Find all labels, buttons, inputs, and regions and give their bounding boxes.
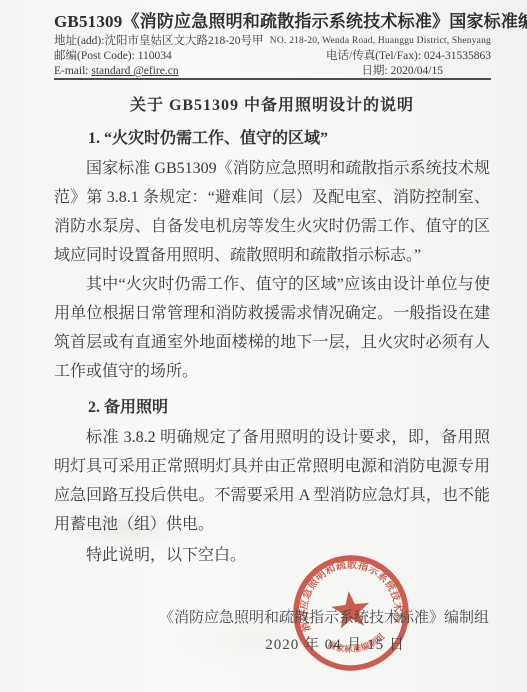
closing-line: 特此说明，以下空白。 [54,541,490,570]
postcode-line: 邮编(Post Code): 110034 [54,49,264,64]
date-line: 日期: 2020/04/15 [270,64,491,79]
section-1-heading: 1. “火灾时仍需工作、值守的区域” [88,125,490,148]
contact-right-column: NO. 218-20, Wenda Road, Huanggu District… [270,34,491,79]
letterhead-contact-block: 地址(add):沈阳市皇姑区文大路218-20号甲 邮编(Post Code):… [54,34,491,79]
document-title: 关于 GB51309 中备用照明设计的说明 [54,92,490,115]
contact-left-column: 地址(add):沈阳市皇姑区文大路218-20号甲 邮编(Post Code):… [54,34,264,79]
section-2-paragraph-1: 标准 3.8.2 明确规定了备用照明的设计要求，即，备用照明灯具可采用正常照明灯… [54,423,490,539]
email-value: standard @efire.cn [91,65,178,77]
letterhead-org-title: GB51309《消防应急照明和疏散指示系统技术标准》国家标准编制组 [54,7,499,32]
section-2-heading: 2. 备用照明 [88,394,490,417]
address-line: 地址(add):沈阳市皇姑区文大路218-20号甲 [54,34,264,49]
telfax-line: 电话/传真(Tel/Fax): 024-31535863 [270,49,491,64]
date-value: 2020/04/15 [391,65,443,77]
header-divider [54,78,491,80]
signature-date-line: 2020 年 04 月 15 日 [0,633,405,654]
signature-org-line: 《消防应急照明和疏散指示系统技术标准》编制组 [0,606,489,627]
email-line: E-mail: standard @efire.cn [54,64,264,79]
email-label: E-mail: [54,65,91,77]
letter-body: 关于 GB51309 中备用照明设计的说明 1. “火灾时仍需工作、值守的区域”… [54,84,490,570]
section-1-paragraph-1: 国家标准 GB51309《消防应急照明和疏散指示系统技术规范》第 3.8.1 条… [54,154,490,270]
date-label: 日期: [362,65,391,77]
address-en-line: NO. 218-20, Wenda Road, Huanggu District… [270,34,491,49]
scanned-letter-page: GB51309《消防应急照明和疏散指示系统技术标准》国家标准编制组 地址(add… [0,0,527,692]
section-1-paragraph-2: 其中“火灾时仍需工作、值守的区域”应该由设计单位与使用单位根据日常管理和消防救援… [54,270,490,386]
